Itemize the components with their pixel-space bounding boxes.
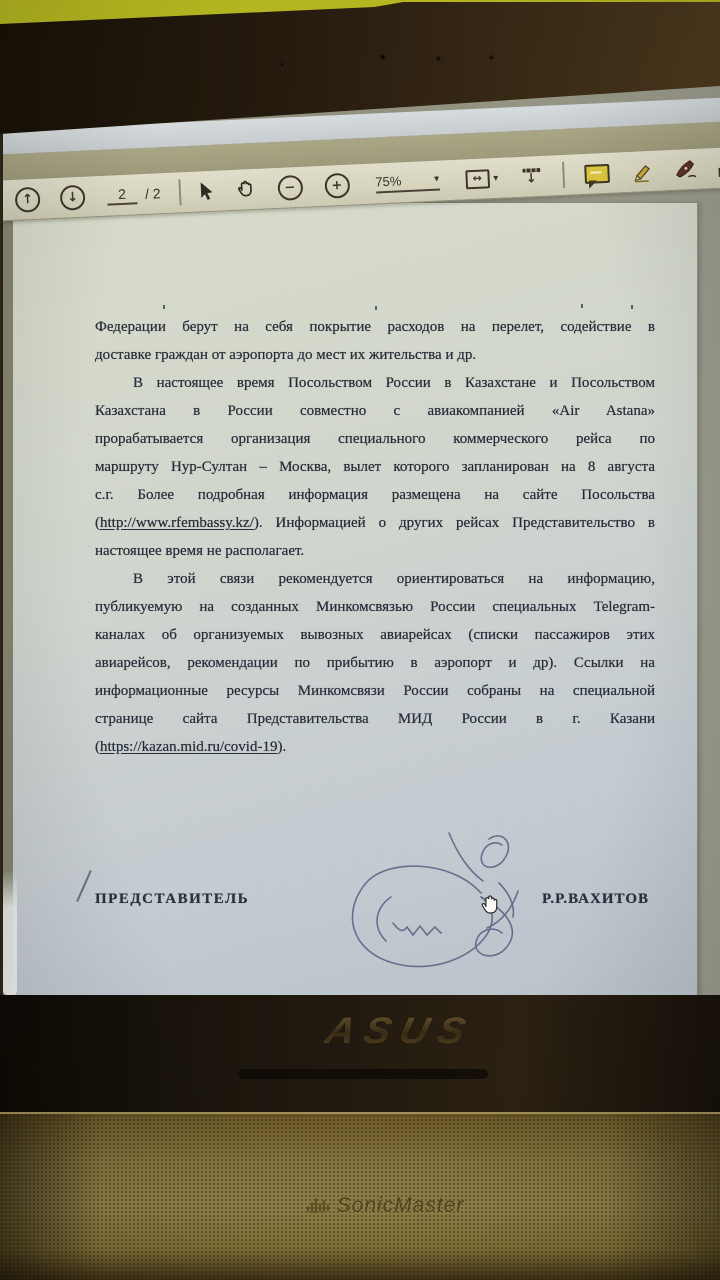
screen-glare [3, 870, 17, 995]
arrow-down-icon: ↓ [522, 172, 541, 185]
doc-line: информационные ресурсы Минкомсвязи Росси… [95, 677, 655, 705]
plus-icon: + [331, 176, 343, 193]
doc-line: В настоящее время Посольством России в К… [95, 369, 655, 397]
highlight-button[interactable] [631, 160, 654, 182]
chevron-down-icon: ▾ [434, 173, 440, 184]
zoom-level-value: 75% [375, 173, 402, 189]
doc-line: маршруту Нур-Султан – Москва, вылет кото… [95, 453, 655, 481]
webcam-dot [280, 62, 285, 67]
page-number-field[interactable]: 2 / 2 [107, 184, 161, 205]
doc-line: с.г. Более подробная информация размещен… [95, 481, 655, 509]
laptop-bottom-bezel: ASUS [0, 995, 720, 1112]
pdf-page[interactable]: Федерации берут на себя покрытие расходо… [13, 203, 698, 995]
doc-line: публикуемую на созданных Минкомсвязью Ро… [95, 593, 655, 621]
doc-line: прорабатывается организация специального… [95, 425, 655, 453]
scrolling-mode-button[interactable]: ↓ [522, 168, 541, 186]
clipped-toolbar-button[interactable] [716, 155, 720, 180]
doc-line: странице сайта Представительства МИД Рос… [95, 705, 655, 733]
laptop-photo: Федерации берут на себя покрытие расходо… [0, 0, 720, 1280]
webcam-icon [380, 54, 386, 60]
zoom-level-field[interactable]: 75% ▾ [375, 171, 440, 193]
pointer-icon [198, 181, 214, 201]
minus-icon: − [284, 179, 296, 196]
arrow-up-icon: ↑ [22, 191, 34, 208]
doc-line: авиарейсов, рекомендации по прибытию в а… [95, 649, 655, 677]
sonicmaster-branding: SonicMaster [25, 1194, 720, 1218]
doc-line: Федерации берут на себя покрытие расходо… [95, 313, 655, 341]
page-total-label: / 2 [145, 185, 161, 202]
microphone-dot [436, 56, 441, 61]
hand-tool-cursor [479, 893, 503, 917]
pen-mark [76, 870, 92, 902]
select-tool-button[interactable] [198, 181, 214, 201]
hand-icon [235, 179, 256, 200]
clipped-text-fragments [163, 305, 165, 309]
waveform-icon [306, 1196, 332, 1214]
signature-role-label: ПРЕДСТАВИТЕЛЬ [95, 891, 249, 908]
chevron-down-icon[interactable]: ▾ [493, 172, 499, 183]
previous-page-button[interactable]: ↑ [15, 186, 41, 212]
zoom-in-button[interactable]: + [324, 172, 350, 198]
fountain-pen-icon [673, 159, 698, 180]
hinge-notch [238, 1069, 488, 1079]
fill-sign-button[interactable] [673, 159, 698, 180]
asus-logo: ASUS [285, 1011, 514, 1051]
zoom-out-button[interactable]: − [277, 174, 303, 200]
fit-width-icon: ↔ [465, 169, 490, 189]
toolbar-separator [562, 162, 565, 188]
comment-icon [584, 163, 610, 183]
doc-line: Казахстана в России совместно с авиакомп… [95, 397, 655, 425]
doc-line: (https://kazan.mid.ru/covid-19). [95, 733, 655, 761]
doc-line: (http://www.rfembassy.kz/). Информацией … [95, 509, 655, 537]
doc-line: каналах об организуемых вывозных авиарей… [95, 621, 655, 649]
screen-edge-shadow [0, 85, 3, 995]
doc-line: настоящее время не располагает. [95, 537, 655, 565]
hand-tool-button[interactable] [235, 179, 256, 200]
signatory-name: Р.Р.ВАХИТОВ [542, 891, 649, 908]
comment-button[interactable] [584, 163, 610, 183]
page-number-input[interactable]: 2 [107, 185, 138, 205]
handwritten-signature [331, 831, 546, 983]
toolbar-separator [178, 179, 181, 205]
document-text-block: Федерации берут на себя покрытие расходо… [95, 313, 655, 761]
fit-width-button[interactable]: ↔ [465, 169, 490, 189]
laptop-screen: Федерации берут на себя покрытие расходо… [0, 85, 720, 995]
clipped-tool-icon [716, 155, 720, 178]
embassy-link[interactable]: http://www.rfembassy.kz/ [100, 515, 254, 531]
highlighter-icon [631, 160, 654, 182]
kazan-mid-link[interactable]: https://kazan.mid.ru/covid-19 [100, 739, 277, 755]
next-page-button[interactable]: ↓ [60, 184, 86, 210]
doc-line: В этой связи рекомендуется ориентировать… [95, 565, 655, 593]
arrow-down-icon: ↓ [67, 188, 79, 205]
microphone-dot [489, 55, 494, 60]
laptop-speaker-deck: SonicMaster [0, 1112, 720, 1280]
doc-line: доставке граждан от аэропорта до мест их… [95, 341, 655, 369]
sonicmaster-label: SonicMaster [337, 1194, 465, 1217]
